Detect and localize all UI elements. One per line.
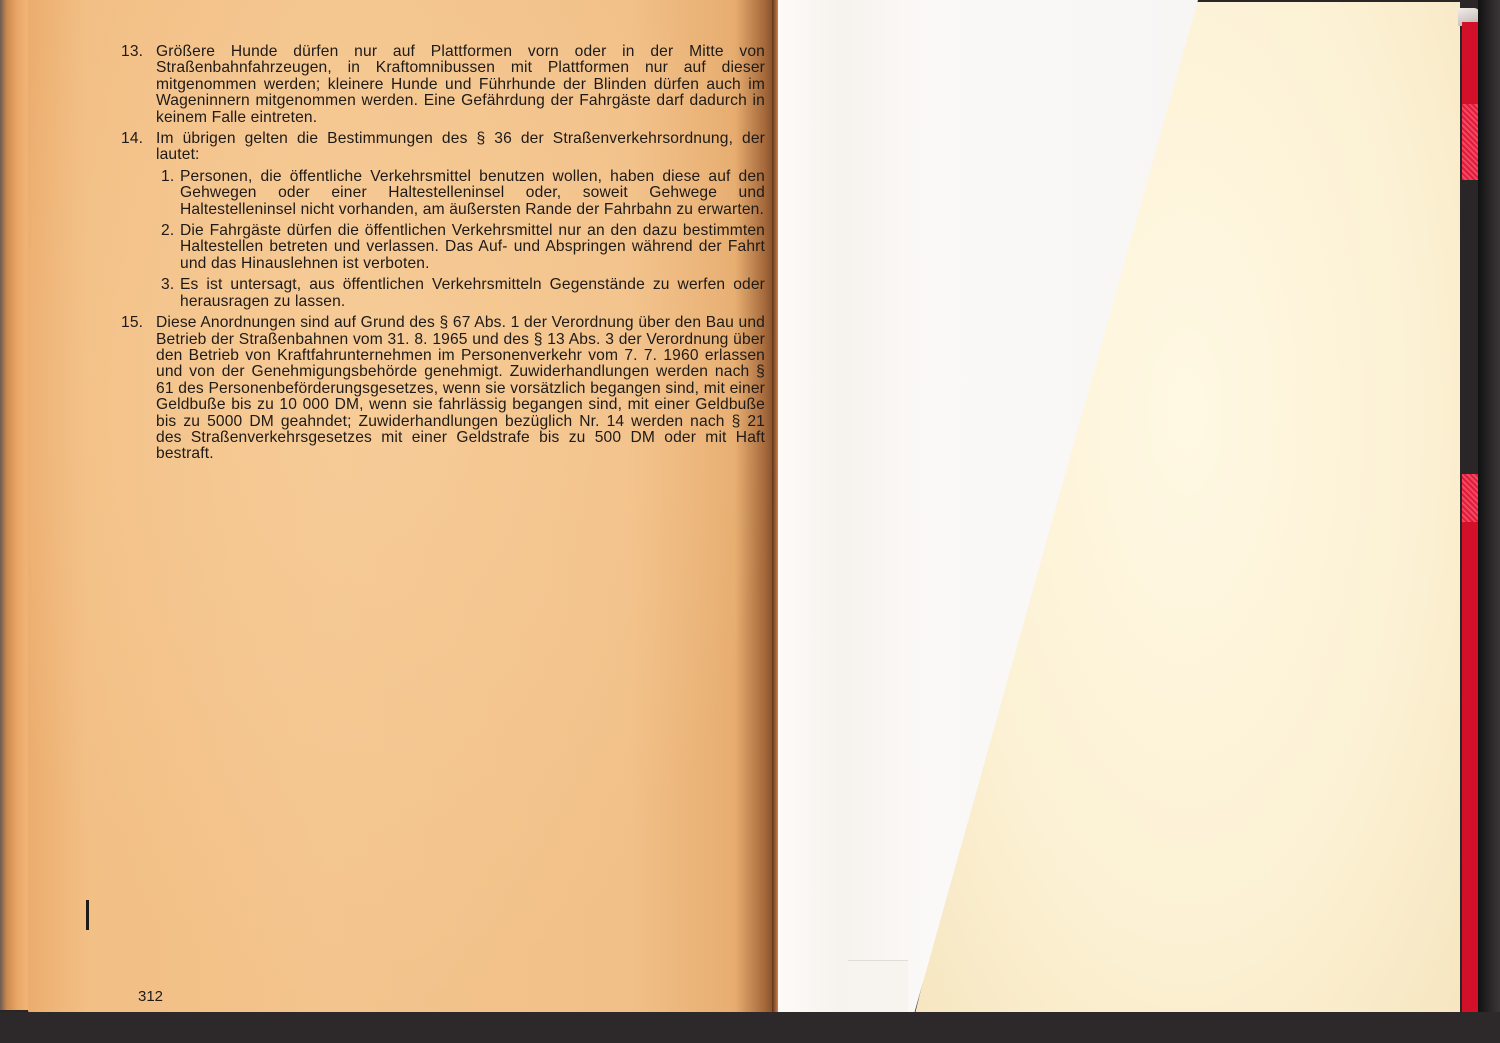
sub-item-text: Die Fahrgäste dürfen die öffentlichen Ve… [180,223,765,272]
item-number: 15. [113,315,156,463]
item-content: Im übrigen gelten die Bestimmungen des §… [156,131,765,310]
margin-mark [86,900,89,930]
item-number: 14. [113,131,156,310]
sub-item-1: 1. Personen, die öffentliche Verkehrsmit… [156,169,765,218]
sub-item-number: 2. [156,223,180,272]
sub-item-text: Personen, die öffentliche Verkehrsmittel… [180,169,765,218]
item-text: Größere Hunde dürfen nur auf Plattformen… [156,44,765,126]
sub-item-text: Es ist untersagt, aus öffentlichen Verke… [180,277,765,310]
sub-item-number: 1. [156,169,180,218]
folded-leaf-tab [848,960,908,1018]
background-right [1478,0,1500,1043]
item-text: Im übrigen gelten die Bestimmungen des §… [156,131,765,164]
item-number: 13. [113,44,156,126]
left-page-text: 13. Größere Hunde dürfen nur auf Plattfo… [113,44,765,468]
page-number: 312 [138,988,163,1005]
background-bottom [0,1012,1500,1043]
item-text: Diese Anordnungen sind auf Grund des § 6… [156,315,765,463]
section-14: 14. Im übrigen gelten die Bestimmungen d… [113,131,765,310]
section-15: 15. Diese Anordnungen sind auf Grund des… [113,315,765,463]
sub-item-2: 2. Die Fahrgäste dürfen die öffentlichen… [156,223,765,272]
section-13: 13. Größere Hunde dürfen nur auf Plattfo… [113,44,765,126]
sub-item-number: 3. [156,277,180,310]
sub-item-3: 3. Es ist untersagt, aus öffentlichen Ve… [156,277,765,310]
